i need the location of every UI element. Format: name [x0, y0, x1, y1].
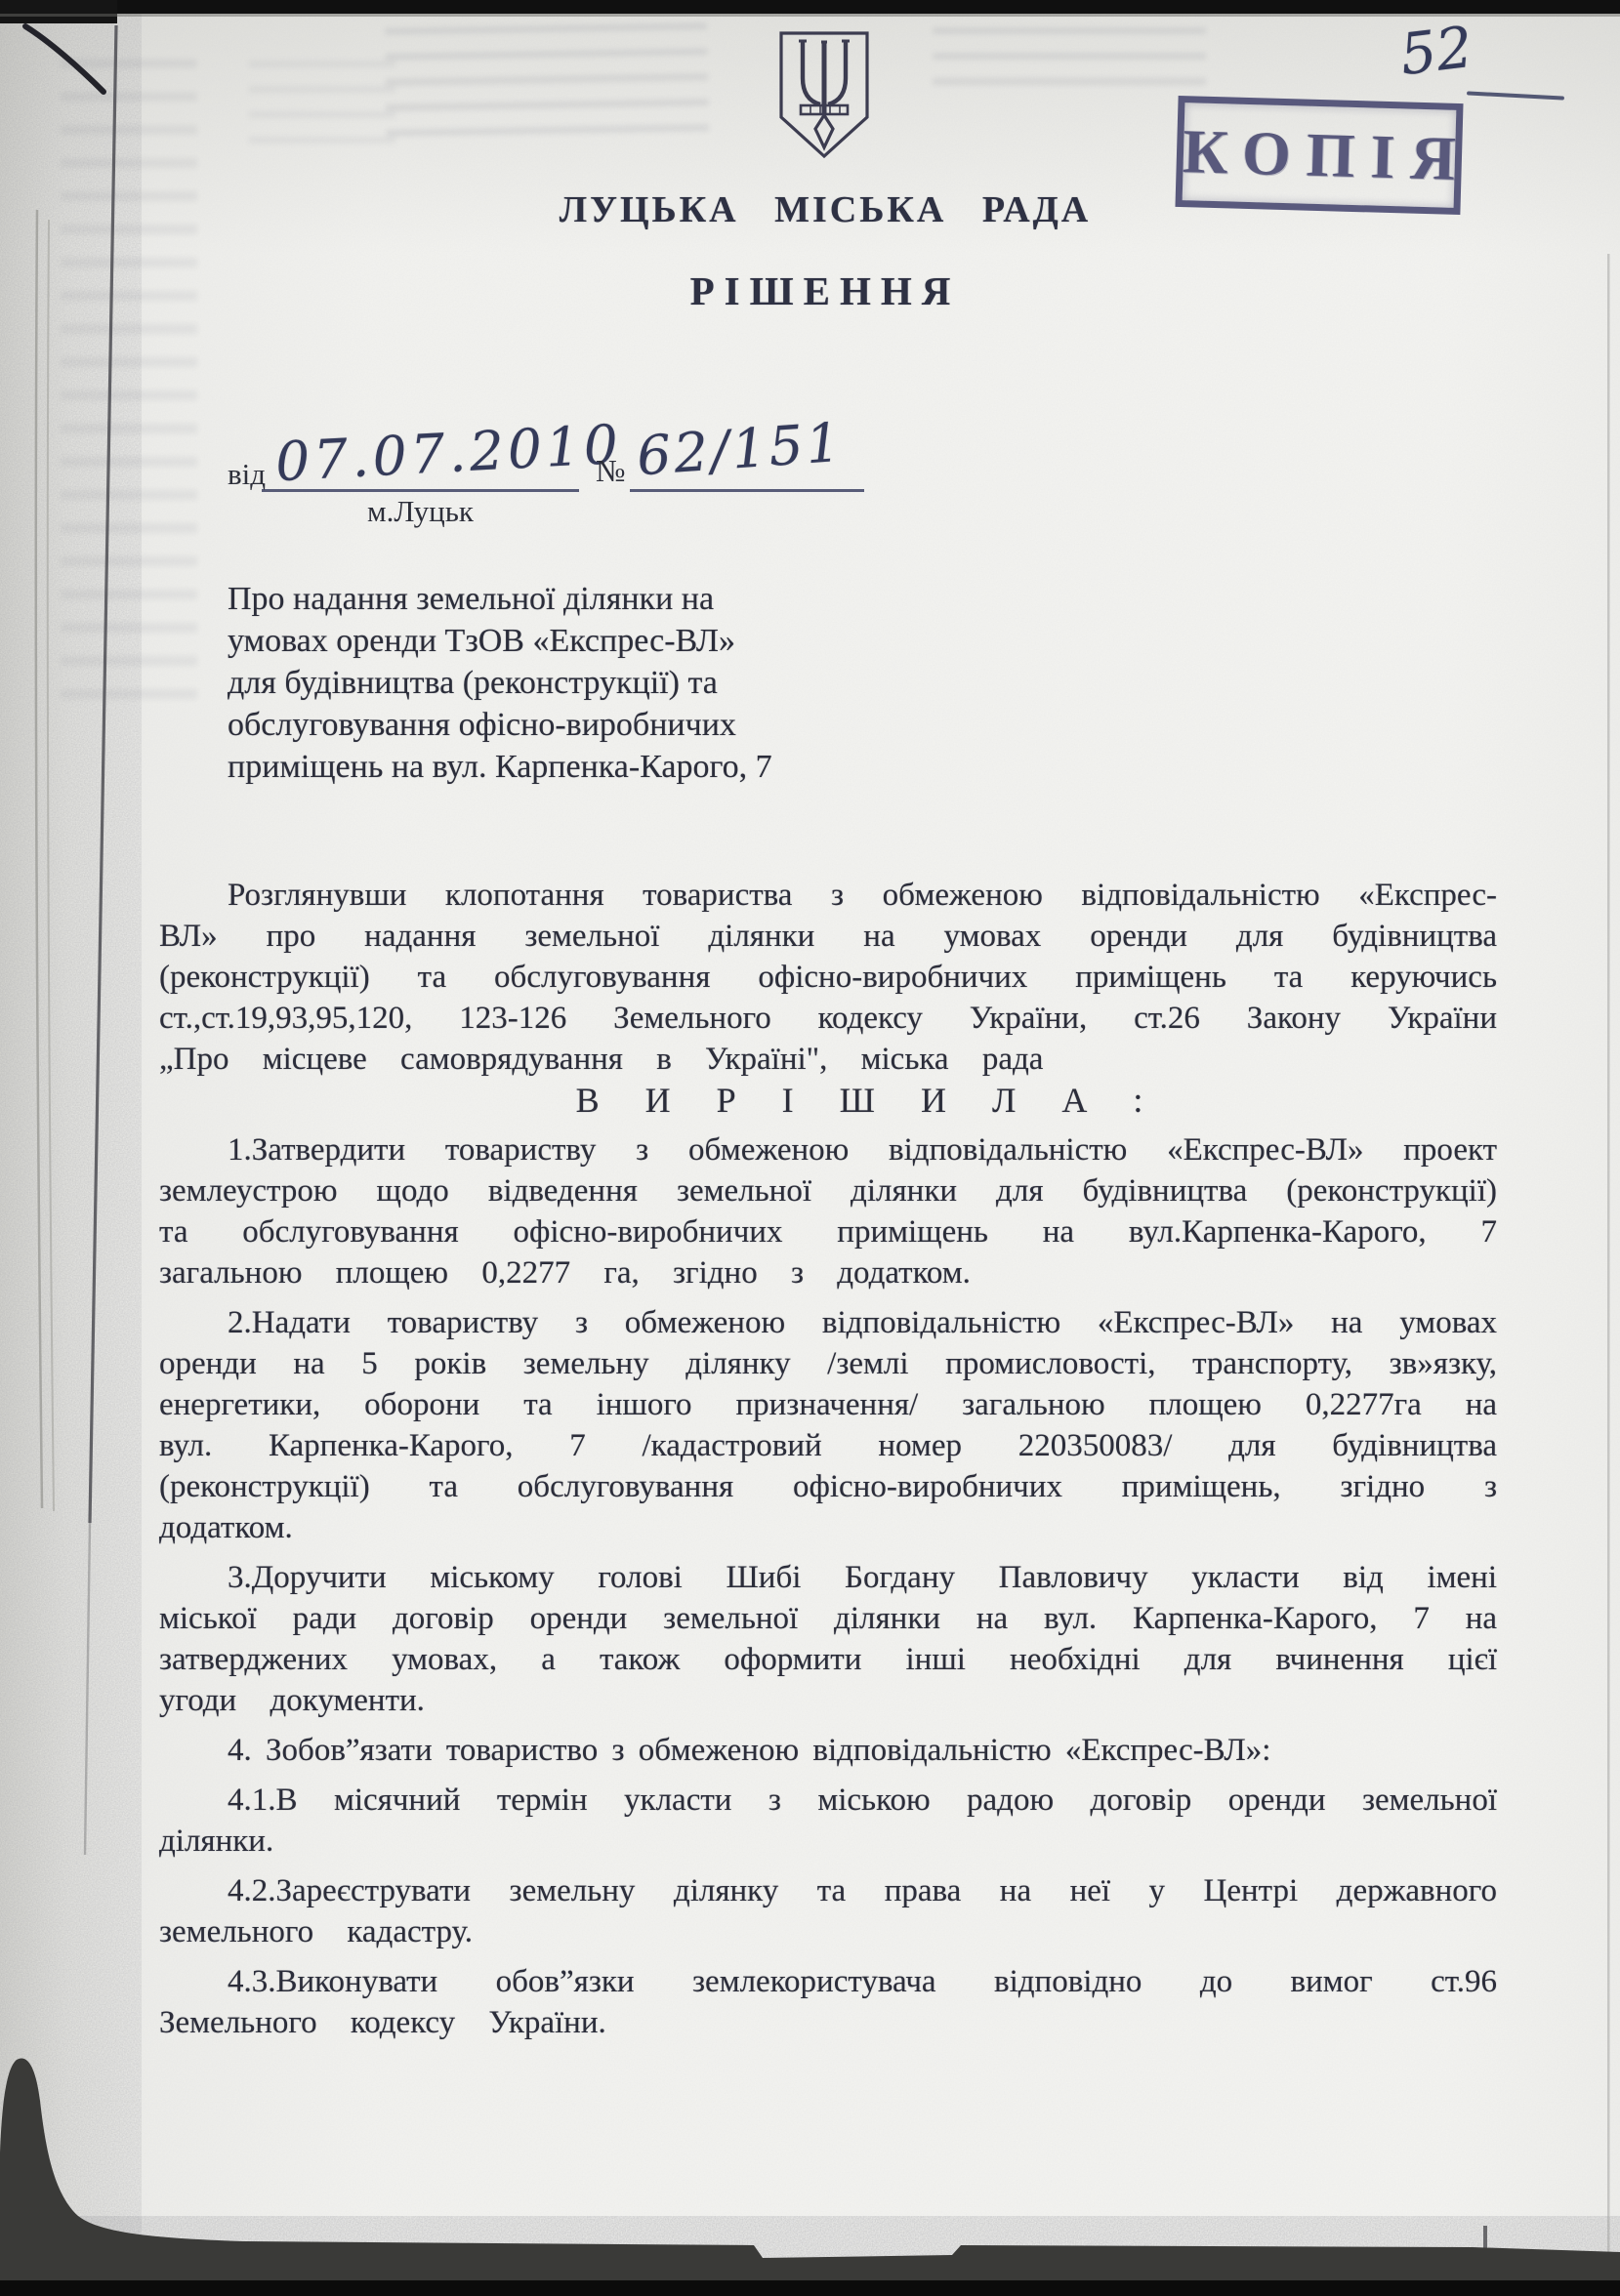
handwritten-page-number: 52	[1396, 14, 1476, 88]
date-prefix-label: від	[228, 457, 266, 492]
document-body: Розглянувши клопотання товариства з обме…	[159, 875, 1497, 2043]
document-subject: Про надання земельної ділянки на умовах …	[228, 578, 852, 788]
subject-line: умовах оренди ТзОВ «Експрес-ВЛ»	[228, 620, 852, 662]
resolution-item-2: 2.Надати товариству з обмеженою відповід…	[159, 1302, 1497, 1548]
place-label: м.Луцьк	[262, 494, 579, 529]
resolution-heading: В И Р І Ш И Л А :	[159, 1080, 1497, 1121]
left-edge-noise	[0, 0, 142, 2296]
small-edge-mark	[1483, 2226, 1487, 2253]
scanned-document-page: 52 КОПІЯ ЛУЦЬКА МІСЬКА РАДА РІШЕННЯ від …	[0, 0, 1620, 2296]
bottom-shadow-band	[0, 2058, 1620, 2296]
document-type-title: РІШЕННЯ	[156, 267, 1494, 314]
coat-of-arms-trident-icon	[773, 29, 875, 162]
resolution-item-3: 3.Доручити міському голові Шибі Богдану …	[159, 1557, 1497, 1721]
resolution-item-4-3: 4.3.Виконувати обов”язки землекористувач…	[159, 1961, 1497, 2043]
bottom-black-bar	[0, 2280, 1620, 2296]
resolution-item-4-1: 4.1.В місячний термін укласти з міською …	[159, 1780, 1497, 1862]
bottom-edge-noise	[0, 2216, 1620, 2296]
date-underline	[262, 489, 579, 492]
resolution-item-4: 4. Зобов”язати товариство з обмеженою ві…	[159, 1730, 1497, 1771]
resolution-item-1: 1.Затвердити товариству з обмеженою відп…	[159, 1129, 1497, 1293]
preamble-paragraph: Розглянувши клопотання товариства з обме…	[159, 875, 1497, 1080]
subject-line: Про надання земельної ділянки на	[228, 578, 852, 620]
subject-line: для будівництва (реконструкції) та	[228, 662, 852, 704]
handwritten-number: 62/151	[635, 411, 845, 488]
number-sign: №	[596, 453, 626, 489]
organization-name: ЛУЦЬКА МІСЬКА РАДА	[156, 188, 1494, 231]
paper-crease-line-fade	[85, 1523, 90, 1855]
number-underline	[630, 489, 864, 492]
subject-line: приміщень на вул. Карпенка-Карого, 7	[228, 746, 852, 788]
handwritten-date: 07.07.2010	[274, 413, 624, 493]
torn-edge-line	[36, 210, 42, 1508]
subject-line: обслуговування офісно-виробничих	[228, 704, 852, 746]
resolution-item-4-2: 4.2.Зареєструвати земельну ділянку та пр…	[159, 1870, 1497, 1952]
right-page-edge	[1607, 254, 1610, 2265]
torn-edge-line	[48, 220, 54, 1511]
